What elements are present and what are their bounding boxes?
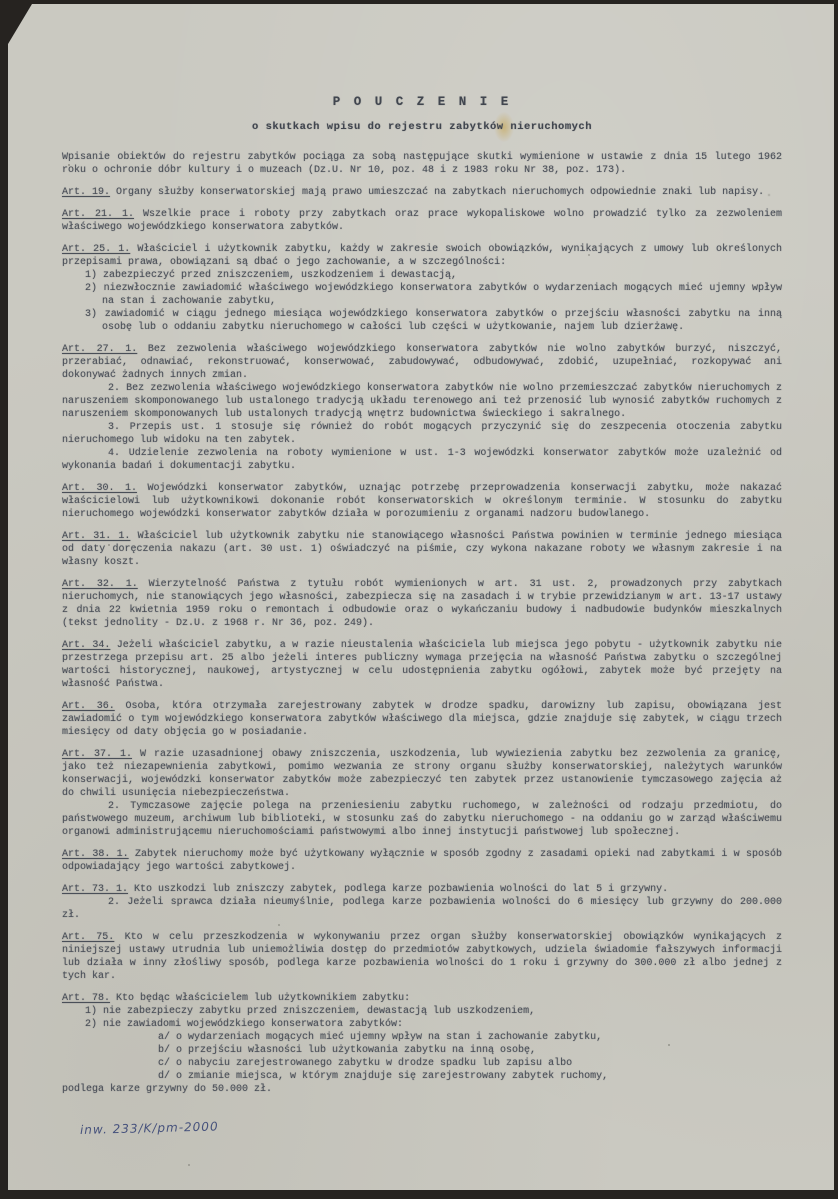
article-31-label: Art. 31. 1. [62, 531, 130, 542]
article-38-text: Zabytek nieruchomy może być użytkowany w… [62, 849, 782, 873]
article-78-subitem-a: a/ o wydarzeniach mogących mieć ujemny w… [62, 1031, 782, 1044]
article-37-par-2: 2. Tymczasowe zajęcie polega na przenies… [62, 800, 782, 839]
article-37: Art. 37. 1. W razie uzasadnionej obawy z… [62, 748, 782, 800]
article-78-text: Kto będąc właścicielem lub użytkownikiem… [116, 993, 410, 1004]
article-34: Art. 34. Jeżeli właściciel zabytku, a w … [62, 639, 782, 691]
article-36: Art. 36. Osoba, która otrzymała zarejest… [62, 700, 782, 739]
article-78-closing: podlega karze grzywny do 50.000 zł. [62, 1083, 782, 1096]
article-30: Art. 30. 1. Wojewódzki konserwator zabyt… [62, 482, 782, 521]
article-78-item-1: 1) nie zabezpieczy zabytku przed zniszcz… [62, 1005, 782, 1018]
article-19: Art. 19. Organy służby konserwatorskiej … [62, 186, 782, 199]
article-73-label: Art. 73. 1. [62, 884, 128, 895]
article-31-text: Właściciel lub użytkownik zabytku nie st… [62, 531, 782, 568]
article-27-text: Bez zezwolenia właściwego wojewódzkiego … [62, 344, 782, 381]
article-36-text: Osoba, która otrzymała zarejestrowany za… [62, 701, 782, 738]
article-30-text: Wojewódzki konserwator zabytków, uznając… [62, 483, 782, 520]
document-subtitle: o skutkach wpisu do rejestru zabytków ni… [62, 121, 782, 134]
article-21: Art. 21. 1. Wszelkie prace i roboty przy… [62, 208, 782, 234]
article-78: Art. 78. Kto będąc właścicielem lub użyt… [62, 992, 782, 1005]
article-21-text: Wszelkie prace i roboty przy zabytkach o… [62, 209, 782, 233]
article-38: Art. 38. 1. Zabytek nieruchomy może być … [62, 848, 782, 874]
article-25-label: Art. 25. 1. [62, 244, 130, 255]
article-27-label: Art. 27. 1. [62, 344, 137, 355]
article-36-label: Art. 36. [62, 701, 115, 712]
article-32: Art. 32. 1. Wierzytelność Państwa z tytu… [62, 578, 782, 630]
article-25-item-2: 2) niezwłocznie zawiadomić właściwego wo… [62, 282, 782, 308]
article-25: Art. 25. 1. Właściciel i użytkownik zaby… [62, 243, 782, 269]
article-19-text: Organy służby konserwatorskiej mają praw… [116, 187, 764, 198]
article-34-label: Art. 34. [62, 640, 110, 651]
intro-paragraph: Wpisanie obiektów do rejestru zabytków p… [62, 151, 782, 177]
article-75: Art. 75. Kto w celu przeszkodzenia w wyk… [62, 931, 782, 983]
article-78-label: Art. 78. [62, 993, 110, 1004]
article-78-subitem-c: c/ o nabyciu zarejestrowanego zabytku w … [62, 1057, 782, 1070]
article-19-label: Art. 19. [62, 187, 110, 198]
article-25-item-1: 1) zabezpieczyć przed zniszczeniem, uszk… [62, 269, 782, 282]
article-78-subitem-b: b/ o przejściu własności lub użytkowania… [62, 1044, 782, 1057]
document-title: P O U C Z E N I E [62, 96, 782, 109]
article-38-label: Art. 38. 1. [62, 849, 129, 860]
document-page: P O U C Z E N I E o skutkach wpisu do re… [8, 4, 834, 1190]
article-27-par-3: 3. Przepis ust. 1 stosuje się również do… [62, 421, 782, 447]
article-37-text: W razie uzasadnionej obawy zniszczenia, … [62, 749, 782, 799]
article-78-item-2: 2) nie zawiadomi wojewódzkiego konserwat… [62, 1018, 782, 1031]
article-37-label: Art. 37. 1. [62, 749, 132, 760]
article-73-text: Kto uszkodzi lub zniszczy zabytek, podle… [134, 884, 668, 895]
article-25-text: Właściciel i użytkownik zabytku, każdy w… [62, 244, 782, 268]
article-30-label: Art. 30. 1. [62, 483, 137, 494]
article-73: Art. 73. 1. Kto uszkodzi lub zniszczy za… [62, 883, 782, 896]
article-32-label: Art. 32. 1. [62, 579, 138, 590]
article-73-par-2: 2. Jeżeli sprawca działa nieumyślnie, po… [62, 896, 782, 922]
article-27-par-4: 4. Udzielenie zezwolenia na roboty wymie… [62, 447, 782, 473]
handwritten-inventory-note: inw. 233/K/pm-2000 [80, 1119, 280, 1137]
article-27-par-2: 2. Bez zezwolenia właściwego wojewódzkie… [62, 382, 782, 421]
article-31: Art. 31. 1. Właściciel lub użytkownik za… [62, 530, 782, 569]
article-27: Art. 27. 1. Bez zezwolenia właściwego wo… [62, 343, 782, 382]
article-78-subitem-d: d/ o zmianie miejsca, w którym znajduje … [62, 1070, 782, 1083]
article-75-label: Art. 75. [62, 932, 114, 943]
article-32-text: Wierzytelność Państwa z tytułu robót wym… [62, 579, 782, 629]
article-25-item-3: 3) zawiadomić w ciągu jednego miesiąca w… [62, 308, 782, 334]
scan-background: { "colors": { "scan_background": "#26232… [0, 0, 838, 1199]
article-34-text: Jeżeli właściciel zabytku, a w razie nie… [62, 640, 782, 690]
article-21-label: Art. 21. 1. [62, 209, 134, 220]
article-75-text: Kto w celu przeszkodzenia w wykonywaniu … [62, 932, 782, 982]
document-body: P O U C Z E N I E o skutkach wpisu do re… [62, 4, 782, 1137]
